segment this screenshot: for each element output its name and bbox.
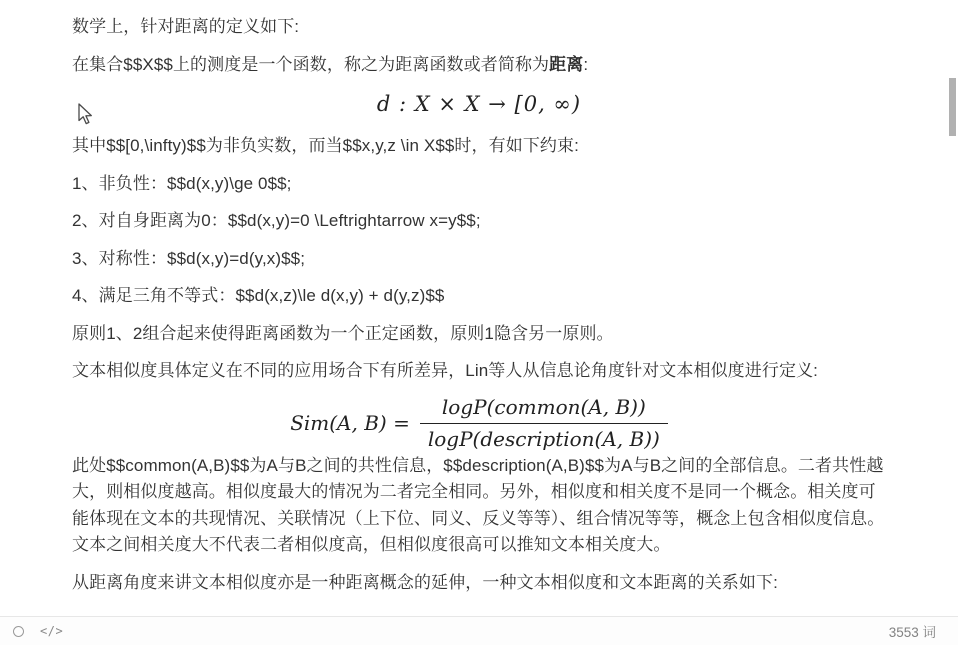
status-bar: </> 3553 词 xyxy=(0,616,958,645)
paragraph[interactable]: 原则1、2组合起来使得距离函数为一个正定函数，原则1隐含另一原则。 xyxy=(72,321,886,348)
paragraph[interactable]: 在集合$$X$$上的测度是一个函数，称之为距离函数或者简称为距离: xyxy=(72,52,886,79)
document-editor[interactable]: 数学上，针对距离的定义如下: 在集合$$X$$上的测度是一个函数，称之为距离函数… xyxy=(0,0,958,616)
paragraph-text: 在集合$$X$$上的测度是一个函数，称之为距离函数或者简称为 xyxy=(72,55,549,74)
source-code-icon[interactable]: </> xyxy=(40,624,63,638)
word-count: 3553 词 xyxy=(889,625,936,640)
bold-text: 距离 xyxy=(549,55,583,74)
paragraph-text: : xyxy=(583,55,588,74)
paragraph[interactable]: 数学上，针对距离的定义如下: xyxy=(72,14,886,41)
formula-fraction: logP(common(A, B)) logP(description(A, B… xyxy=(420,396,668,451)
list-item[interactable]: 4、满足三角不等式：$$d(x,z)\le d(x,y) + d(y,z)$$ xyxy=(72,283,886,310)
statusbar-right: 3553 词 xyxy=(889,621,936,642)
math-block-distance[interactable]: d : X × X → [0, ∞) xyxy=(72,89,886,119)
paragraph[interactable]: 此处$$common(A,B)$$为A与B之间的共性信息，$$descripti… xyxy=(72,453,886,559)
math-block-similarity[interactable]: Sim(A, B) = logP(common(A, B)) logP(desc… xyxy=(72,396,886,451)
paragraph[interactable]: 文本相似度具体定义在不同的应用场合下有所差异，Lin等人从信息论角度针对文本相似… xyxy=(72,358,886,385)
paragraph[interactable]: 从距离角度来讲文本相似度亦是一种距离概念的延伸，一种文本相似度和文本距离的关系如… xyxy=(72,570,886,597)
formula-lhs: Sim(A, B) = xyxy=(290,411,410,435)
list-item[interactable]: 1、非负性：$$d(x,y)\ge 0$$; xyxy=(72,171,886,198)
formula-numerator: logP(common(A, B)) xyxy=(420,396,668,424)
scrollbar-thumb[interactable] xyxy=(949,78,956,136)
statusbar-left: </> xyxy=(13,624,63,638)
paragraph[interactable]: 其中$$[0,\infty)$$为非负实数，而当$$x,y,z \in X$$时… xyxy=(72,133,886,160)
list-item[interactable]: 2、对自身距离为0：$$d(x,y)=0 \Leftrightarrow x=y… xyxy=(72,208,886,235)
list-item[interactable]: 3、对称性：$$d(x,y)=d(y,x)$$; xyxy=(72,246,886,273)
sync-circle-icon[interactable] xyxy=(13,626,24,637)
formula-denominator: logP(description(A, B)) xyxy=(420,424,668,451)
